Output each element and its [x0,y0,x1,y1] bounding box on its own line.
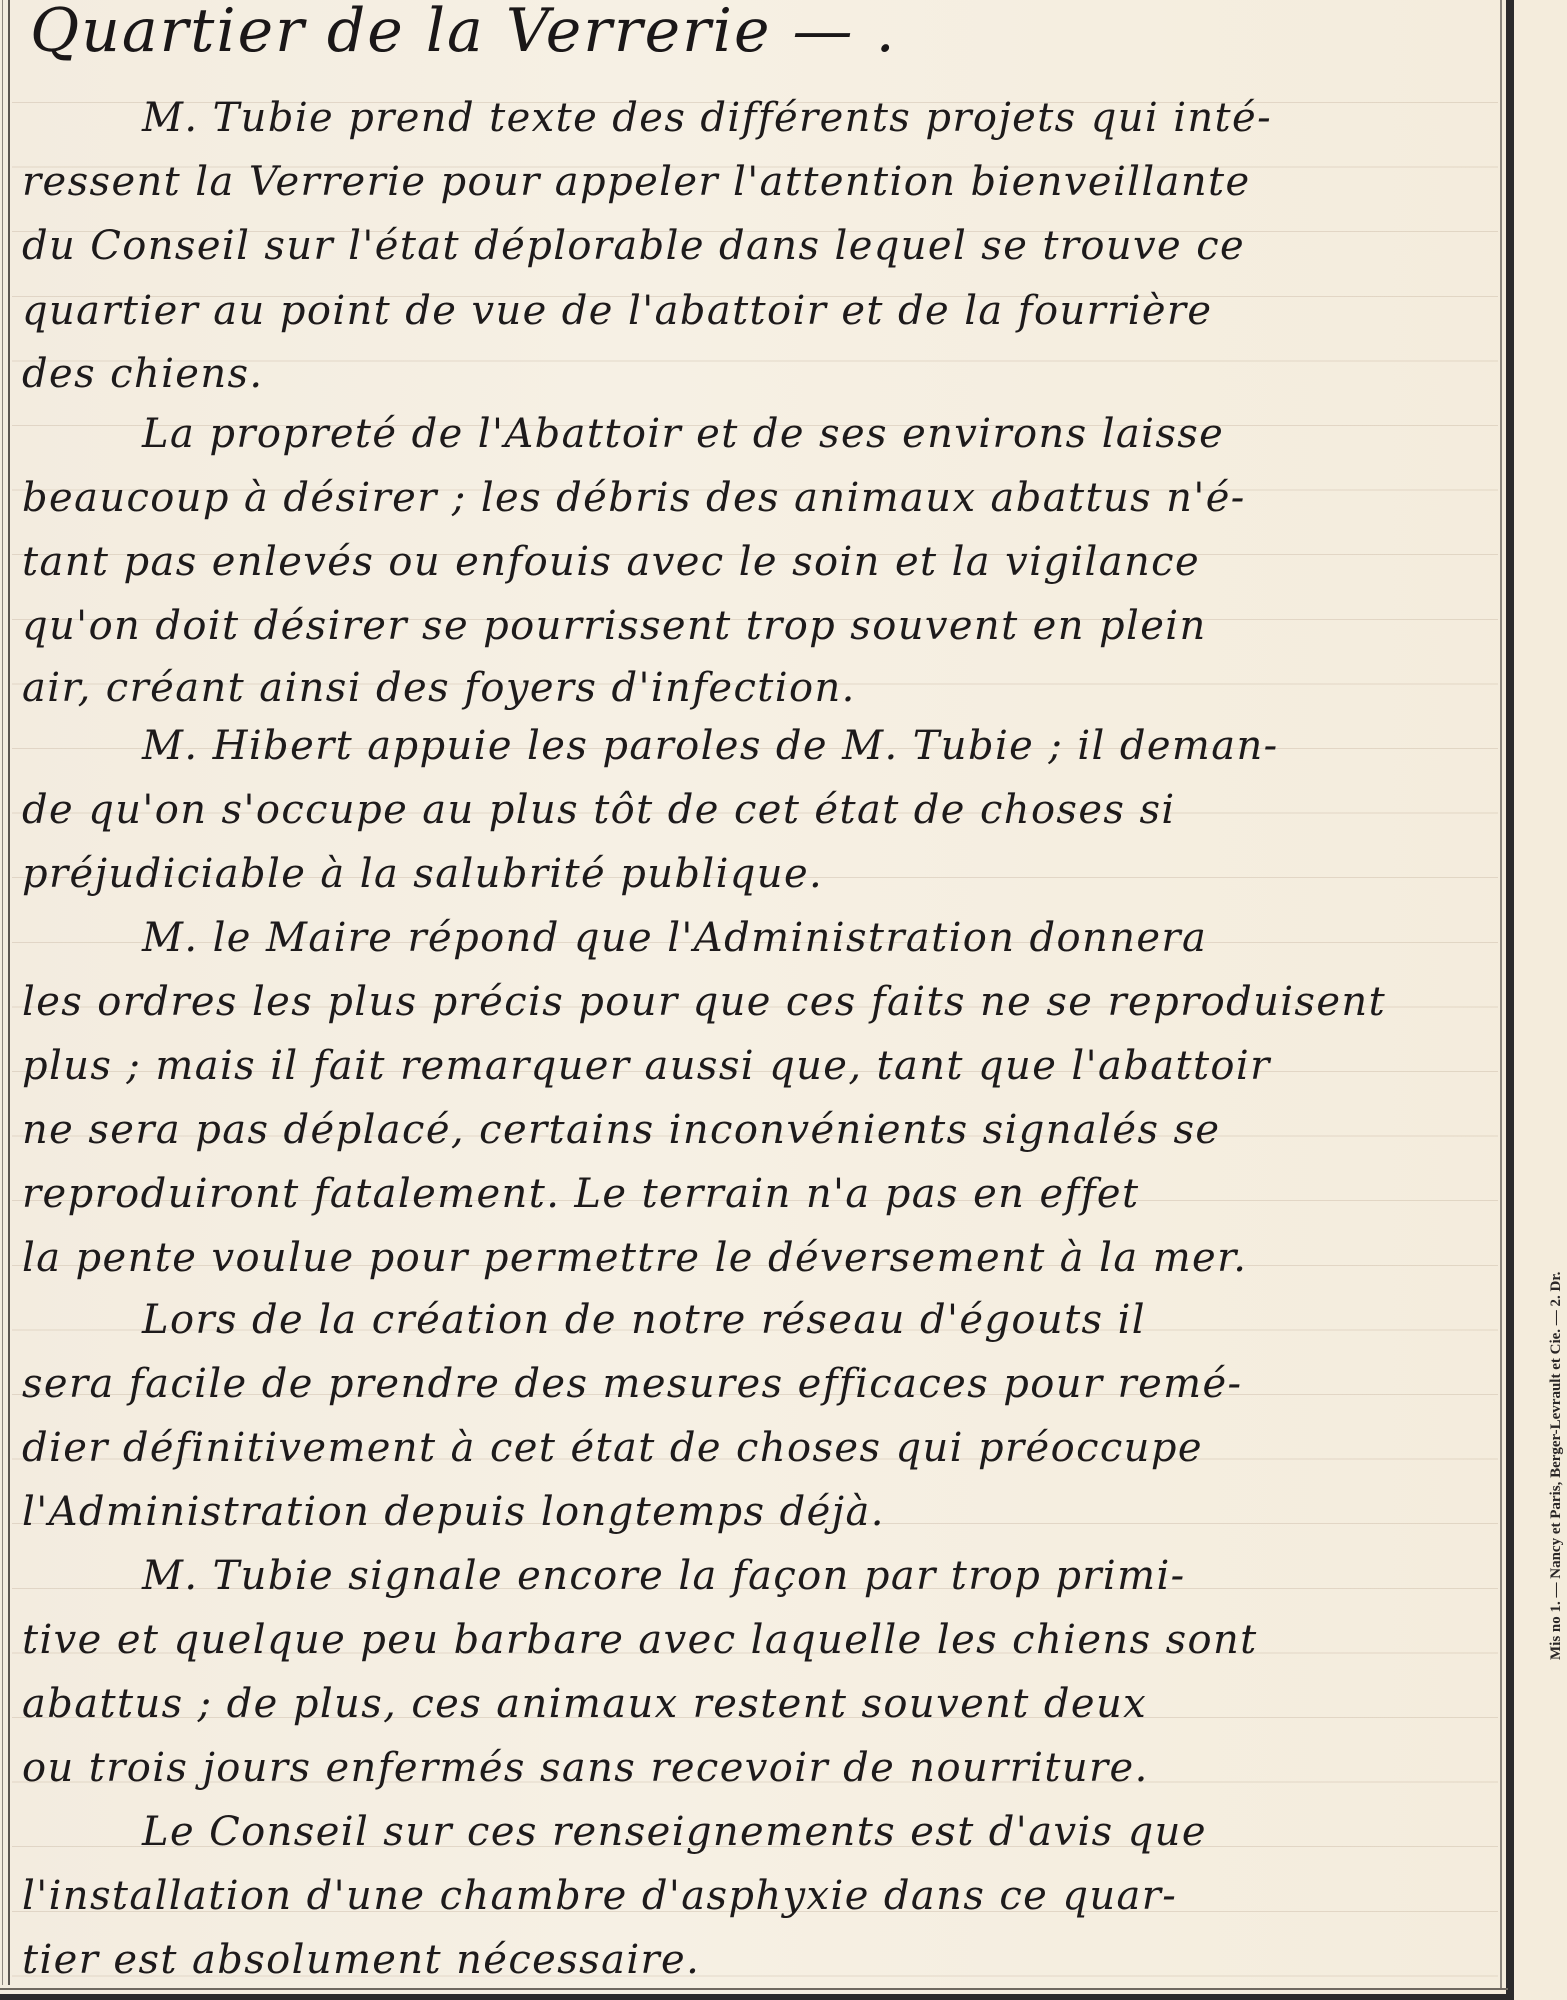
text-line: qu'on doit désirer se pourrissent trop s… [22,602,1207,650]
left-margin-rule-outer [2,0,3,1985]
text-line: quartier au point de vue de l'abattoir e… [22,287,1213,335]
text-line: ne sera pas déplacé, certains inconvénie… [22,1106,1220,1154]
text-line: abattus ; de plus, ces animaux restent s… [22,1680,1147,1728]
text-line: Lors de la création de notre réseau d'ég… [22,1296,1146,1344]
text-line: tive et quelque peu barbare avec laquell… [22,1616,1258,1664]
left-margin-rule [8,0,10,1985]
text-line: des chiens. [22,350,264,398]
text-line: ressent la Verrerie pour appeler l'atten… [22,158,1251,206]
text-line: M. Tubie prend texte des différents proj… [22,94,1272,142]
text-line: sera facile de prendre des mesures effic… [22,1360,1242,1408]
text-line: tant pas enlevés ou enfouis avec le soin… [22,538,1200,586]
text-line: ou trois jours enfermés sans recevoir de… [22,1744,1149,1792]
right-frame-rule-thick [1506,0,1514,2000]
section-heading: Quartier de la Verrerie — . [30,0,897,66]
text-line: les ordres les plus précis pour que ces … [22,978,1386,1026]
bottom-frame-rule-thin [0,1988,1508,1990]
right-frame-rule-thin [1500,0,1502,1990]
text-line: air, créant ainsi des foyers d'infection… [22,664,856,712]
text-line: beaucoup à désirer ; les débris des anim… [22,474,1246,522]
text-line: M. Hibert appuie les paroles de M. Tubie… [22,722,1279,770]
text-line: l'installation d'une chambre d'asphyxie … [22,1872,1177,1920]
printer-imprint: Mis no 1. — Nancy et Paris, Berger-Levra… [1548,1272,1565,1660]
text-line: reproduiront fatalement. Le terrain n'a … [22,1170,1139,1218]
text-line: la pente voulue pour permettre le dévers… [22,1234,1247,1282]
bottom-frame-rule-thick [0,1994,1514,2000]
text-line: de qu'on s'occupe au plus tôt de cet éta… [22,786,1176,834]
text-line: l'Administration depuis longtemps déjà. [22,1488,885,1536]
text-line: M. Tubie signale encore la façon par tro… [22,1552,1186,1600]
text-line: tier est absolument nécessaire. [22,1936,700,1984]
text-line: Le Conseil sur ces renseignements est d'… [22,1808,1207,1856]
text-line: du Conseil sur l'état déplorable dans le… [22,222,1245,270]
text-line: La propreté de l'Abattoir et de ses envi… [22,410,1224,458]
text-line: dier définitivement à cet état de choses… [22,1424,1203,1472]
text-line: M. le Maire répond que l'Administration … [22,914,1207,962]
text-line: plus ; mais il fait remarquer aussi que,… [22,1042,1271,1090]
document-page: Quartier de la Verrerie — . M. Tubie pre… [0,0,1567,2000]
text-line: préjudiciable à la salubrité publique. [22,850,823,898]
